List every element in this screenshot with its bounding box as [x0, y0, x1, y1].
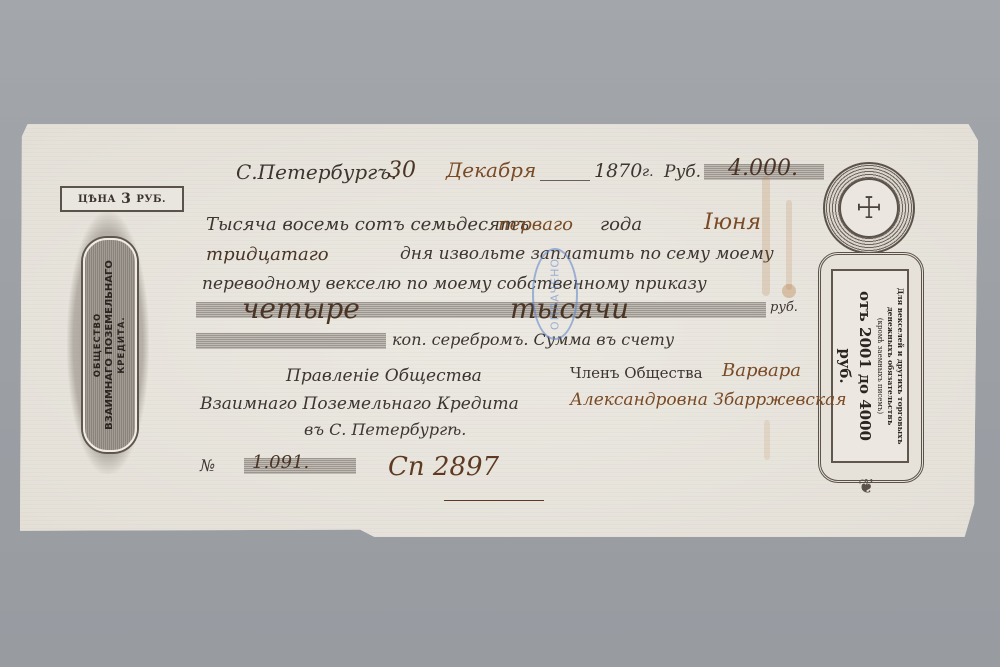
society-vignette-panel: ОБЩЕСТВО ВЗАИМНАГО ПОЗЕМЕЛЬНАГО КРЕДИТА. [83, 238, 137, 452]
handwritten-annotation: Сп 2897 [388, 452, 499, 482]
annotation-underline [444, 500, 544, 501]
signature-patronymic-surname: Александровна Збарржевская [570, 390, 847, 410]
drawer-line3: въ С. Петербургѣ. [304, 420, 466, 439]
stamp-text: ОПЛАЧЕНО [549, 258, 562, 330]
paid-stamp: ОПЛАЧЕНО [532, 248, 578, 340]
duty-amount-range: отъ 2001 до 4000 руб. [835, 273, 875, 459]
stamp-duty-panel: Для векселей и другихъ торговыхъ денежны… [831, 269, 909, 463]
stamp-duty-text: Для векселей и другихъ торговыхъ денежны… [835, 273, 905, 459]
double-headed-eagle-icon: ☩ [839, 178, 899, 238]
duty-line3: (кромѣ заемныхъ писемъ) [875, 273, 885, 459]
city: С.Петербургъ. [236, 160, 397, 184]
handwritten-day: тридцатаго [206, 244, 329, 265]
month: Декабря [446, 158, 536, 182]
kopeck-band [196, 333, 386, 349]
duty-line1: Для векселей и другихъ торговыхъ [895, 273, 905, 459]
rust-stain [762, 176, 770, 296]
rust-stain [764, 420, 770, 460]
body-line1-year-word: года [600, 214, 642, 235]
year-suffix: г. [642, 164, 654, 180]
handwritten-year: перваго [498, 214, 573, 235]
year: 1870 [594, 160, 642, 182]
member-label: Членъ Общества [570, 364, 703, 382]
society-name: ОБЩЕСТВО ВЗАИМНАГО ПОЗЕМЕЛЬНАГО КРЕДИТА. [92, 245, 128, 445]
society-vignette: ОБЩЕСТВО ВЗАИМНАГО ПОЗЕМЕЛЬНАГО КРЕДИТА. [67, 212, 149, 474]
signature-first-name: Варвара [722, 360, 801, 381]
bill-number: 1.091. [252, 452, 309, 473]
duty-line2: денежныхъ обязательствъ [885, 273, 895, 459]
society-line1: ОБЩЕСТВО [92, 245, 104, 445]
day: 30 [388, 158, 416, 183]
currency-label: Руб. [664, 162, 701, 182]
stamp-duty-vignette: Для векселей и другихъ торговыхъ денежны… [818, 252, 924, 483]
society-line2: ВЗАИМНАГО ПОЗЕМЕЛЬНАГО [104, 245, 116, 445]
price-value: 3 [121, 191, 131, 207]
rust-stain [782, 284, 796, 298]
body-line3-printed: переводному векселю по моему собственном… [202, 274, 707, 294]
society-line3: КРЕДИТА. [116, 245, 128, 445]
handwritten-month: Іюня [704, 210, 761, 235]
body-line2-printed: дня извольте заплатить по сему моему [400, 244, 774, 264]
kopeck-line: коп. серебромъ. Сумма въ счету [392, 330, 674, 349]
ornament-icon: ❦ [858, 474, 875, 498]
body-line1-printed: Тысяча восемь сотъ семьдесятъ [206, 214, 529, 235]
number-label: № [200, 456, 215, 475]
rust-stain [786, 200, 792, 290]
price-label-box: ЦѢНА 3 РУБ. [60, 186, 184, 212]
rub-label: руб. [770, 300, 798, 315]
drawer-line1: Правленіе Общества [286, 366, 482, 386]
amount-words-1: четыре [242, 292, 360, 325]
price-unit: РУБ. [136, 194, 166, 205]
price-label: ЦѢНА [78, 194, 116, 205]
date-underline [540, 180, 590, 181]
imperial-eagle-medallion: ☩ [823, 162, 915, 254]
drawer-line2: Взаимнаго Поземельнаго Кредита [200, 394, 519, 414]
